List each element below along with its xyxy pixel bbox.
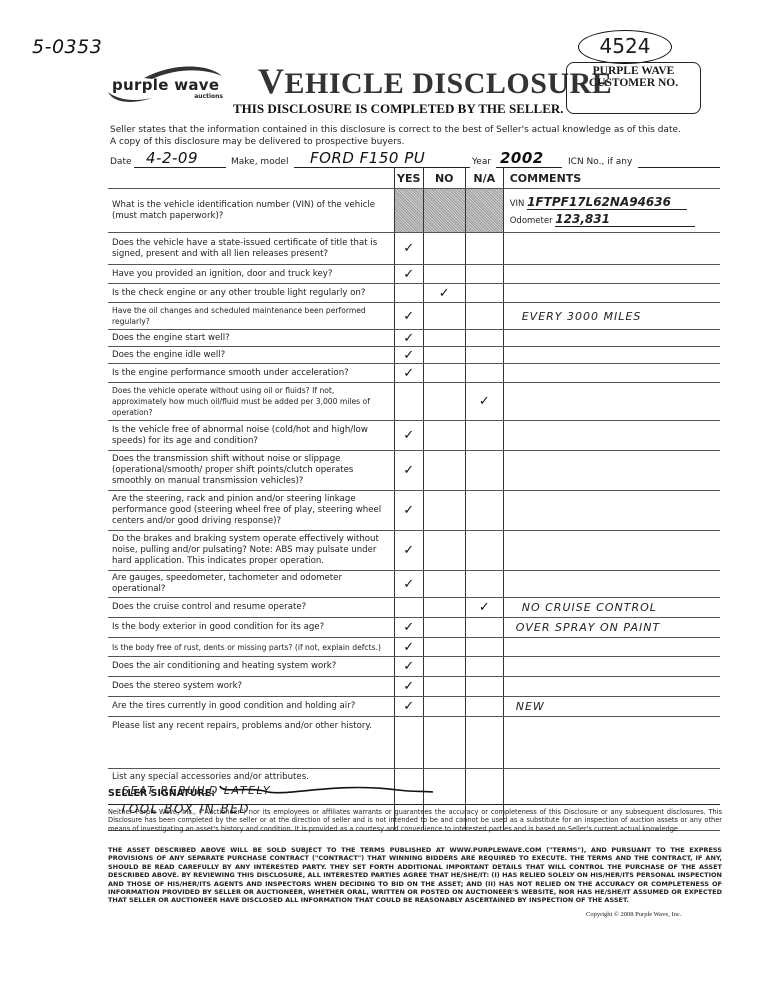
page-subtitle: THIS DISCLOSURE IS COMPLETED BY THE SELL…: [233, 101, 564, 117]
comment-cell[interactable]: [503, 657, 720, 677]
na-checkbox[interactable]: [465, 303, 503, 330]
no-checkbox[interactable]: [423, 491, 465, 531]
table-row: Is the vehicle free of abnormal noise (c…: [108, 421, 720, 451]
comment-cell[interactable]: [503, 347, 720, 364]
disclosure-table: YES NO N/A COMMENTS What is the vehicle …: [108, 168, 720, 831]
table-row: Is the body free of rust, dents or missi…: [108, 638, 720, 657]
table-row: Does the engine start well? ✓: [108, 330, 720, 347]
customer-number-box: PURPLE WAVE CUSTOMER NO.: [566, 62, 701, 114]
no-checkbox[interactable]: [423, 364, 465, 383]
yes-checkbox[interactable]: ✓: [394, 303, 423, 330]
na-checkbox[interactable]: [465, 347, 503, 364]
date-value: 4-2-09: [146, 149, 198, 167]
no-checkbox[interactable]: [423, 265, 465, 284]
table-row: Is the check engine or any other trouble…: [108, 284, 720, 303]
no-checkbox[interactable]: [423, 697, 465, 717]
na-checkbox[interactable]: ✓: [465, 383, 503, 421]
na-checkbox[interactable]: [465, 618, 503, 638]
no-checkbox[interactable]: [423, 618, 465, 638]
purple-wave-logo: purple wave auctions: [104, 62, 229, 106]
na-checkbox[interactable]: [465, 265, 503, 284]
year-value: 2002: [500, 149, 544, 167]
table-row: Have the oil changes and scheduled maint…: [108, 303, 720, 330]
vehicle-info-line: Date 4-2-09 Make, model FORD F150 PU Yea…: [110, 151, 720, 169]
make-model-label: Make, model: [231, 157, 288, 167]
table-row: Do the brakes and braking system operate…: [108, 531, 720, 571]
no-checkbox[interactable]: [423, 531, 465, 571]
logo-text: purple wave: [112, 76, 219, 94]
na-checkbox[interactable]: [465, 451, 503, 491]
seller-signature-label: SELLER SIGNATURE:: [108, 788, 215, 799]
comment-cell[interactable]: [503, 491, 720, 531]
na-checkbox[interactable]: ✓: [465, 598, 503, 618]
terms-paragraph: THE ASSET DESCRIBED ABOVE WILL BE SOLD S…: [108, 846, 722, 905]
na-checkbox[interactable]: [465, 531, 503, 571]
page-title: VEHICLE DISCLOSURE: [258, 60, 612, 102]
comment-cell[interactable]: [503, 383, 720, 421]
repairs-comment-field[interactable]: [503, 717, 720, 769]
no-checkbox[interactable]: [423, 451, 465, 491]
no-checkbox[interactable]: [423, 303, 465, 330]
odometer-label: Odometer: [510, 216, 553, 226]
na-checkbox[interactable]: [465, 364, 503, 383]
table-row: Does the transmission shift without nois…: [108, 451, 720, 491]
copyright: Copyright © 2008 Purple Wave, Inc.: [586, 911, 681, 918]
na-checkbox[interactable]: [465, 571, 503, 598]
table-row: Are the tires currently in good conditio…: [108, 697, 720, 717]
no-header: NO: [423, 168, 465, 189]
no-checkbox[interactable]: [423, 421, 465, 451]
yes-checkbox[interactable]: ✓: [394, 638, 423, 657]
na-checkbox[interactable]: [465, 491, 503, 531]
yes-checkbox[interactable]: ✓: [394, 265, 423, 284]
date-label: Date: [110, 157, 132, 167]
make-model-value: FORD F150 PU: [310, 149, 425, 167]
yes-checkbox[interactable]: ✓: [394, 571, 423, 598]
file-number: 5-0353: [32, 36, 102, 58]
icn-label: ICN No., if any: [568, 157, 632, 167]
no-checkbox[interactable]: [423, 638, 465, 657]
na-header: N/A: [465, 168, 503, 189]
repairs-question: Please list any recent repairs, problems…: [108, 717, 394, 769]
table-row: Have you provided an ignition, door and …: [108, 265, 720, 284]
vin-label: VIN: [510, 199, 525, 209]
vin-field[interactable]: 1FTPF17L62NA94636: [527, 195, 687, 210]
na-checkbox[interactable]: [465, 284, 503, 303]
customer-number-value: 4524: [578, 30, 672, 64]
intro-statement: Seller states that the information conta…: [110, 124, 720, 148]
yes-checkbox[interactable]: ✓: [394, 330, 423, 347]
yes-checkbox[interactable]: [394, 284, 423, 303]
vin-row: What is the vehicle identification numbe…: [108, 189, 720, 233]
comment-cell[interactable]: [503, 421, 720, 451]
table-row: Is the engine performance smooth under a…: [108, 364, 720, 383]
comment-cell[interactable]: NO CRUISE CONTROL: [503, 598, 720, 618]
no-checkbox[interactable]: [423, 330, 465, 347]
yes-checkbox[interactable]: ✓: [394, 364, 423, 383]
table-row: Does the cruise control and resume opera…: [108, 598, 720, 618]
odometer-field[interactable]: 123,831: [555, 212, 695, 227]
comment-cell[interactable]: [503, 571, 720, 598]
table-row: Are the steering, rack and pinion and/or…: [108, 491, 720, 531]
yes-checkbox[interactable]: ✓: [394, 491, 423, 531]
year-label: Year: [472, 157, 491, 167]
table-row: Is the body exterior in good condition f…: [108, 618, 720, 638]
yes-checkbox[interactable]: ✓: [394, 233, 423, 265]
na-checkbox[interactable]: [465, 233, 503, 265]
yes-checkbox[interactable]: ✓: [394, 677, 423, 697]
vin-question: What is the vehicle identification numbe…: [108, 189, 394, 233]
table-row: Does the air conditioning and heating sy…: [108, 657, 720, 677]
no-checkbox[interactable]: [423, 383, 465, 421]
na-checkbox[interactable]: [465, 330, 503, 347]
comment-cell[interactable]: [503, 284, 720, 303]
comment-cell[interactable]: [503, 233, 720, 265]
customer-number-label-2: CUSTOMER NO.: [567, 77, 700, 89]
na-checkbox[interactable]: [465, 677, 503, 697]
na-checkbox[interactable]: [465, 697, 503, 717]
repairs-row: Please list any recent repairs, problems…: [108, 717, 720, 769]
comment-cell[interactable]: [503, 451, 720, 491]
na-cell-shaded: [465, 189, 503, 233]
yes-checkbox[interactable]: ✓: [394, 531, 423, 571]
yes-checkbox[interactable]: ✓: [394, 697, 423, 717]
yes-cell-shaded: [394, 189, 423, 233]
seller-signature-line[interactable]: SELLER SIGNATURE:: [108, 788, 720, 805]
no-cell-shaded: [423, 189, 465, 233]
customer-number-label-1: PURPLE WAVE: [567, 65, 700, 77]
no-checkbox[interactable]: [423, 657, 465, 677]
logo-subtext: auctions: [194, 93, 223, 100]
na-checkbox[interactable]: [465, 421, 503, 451]
yes-checkbox[interactable]: ✓: [394, 657, 423, 677]
comment-cell[interactable]: NEW: [503, 697, 720, 717]
table-row: Does the engine idle well? ✓: [108, 347, 720, 364]
table-row: Does the vehicle operate without using o…: [108, 383, 720, 421]
na-checkbox[interactable]: [465, 638, 503, 657]
yes-header: YES: [394, 168, 423, 189]
no-checkbox[interactable]: [423, 677, 465, 697]
comment-cell[interactable]: [503, 638, 720, 657]
table-header-row: YES NO N/A COMMENTS: [108, 168, 720, 189]
yes-checkbox[interactable]: ✓: [394, 347, 423, 364]
yes-checkbox[interactable]: [394, 383, 423, 421]
yes-checkbox[interactable]: ✓: [394, 451, 423, 491]
comment-cell[interactable]: [503, 330, 720, 347]
no-checkbox[interactable]: [423, 347, 465, 364]
na-checkbox[interactable]: [465, 657, 503, 677]
no-checkbox[interactable]: ✓: [423, 284, 465, 303]
yes-checkbox[interactable]: ✓: [394, 421, 423, 451]
no-checkbox[interactable]: [423, 598, 465, 618]
signature-scribble-icon: [218, 782, 438, 796]
table-row: Does the vehicle have a state-issued cer…: [108, 233, 720, 265]
comments-header: COMMENTS: [503, 168, 720, 189]
comment-cell[interactable]: [503, 265, 720, 284]
disclaimer-paragraph: Neither Purple Wave, Inc., ("Auctioneer"…: [108, 808, 722, 833]
table-row: Does the stereo system work? ✓: [108, 677, 720, 697]
no-checkbox[interactable]: [423, 233, 465, 265]
comment-cell[interactable]: OVER SPRAY ON PAINT: [503, 618, 720, 638]
no-checkbox[interactable]: [423, 571, 465, 598]
comment-cell[interactable]: [503, 531, 720, 571]
table-row: Are gauges, speedometer, tachometer and …: [108, 571, 720, 598]
yes-checkbox[interactable]: ✓: [394, 618, 423, 638]
comment-cell[interactable]: [503, 677, 720, 697]
yes-checkbox[interactable]: [394, 598, 423, 618]
comment-cell[interactable]: EVERY 3000 MILES: [503, 303, 720, 330]
comment-cell[interactable]: [503, 364, 720, 383]
